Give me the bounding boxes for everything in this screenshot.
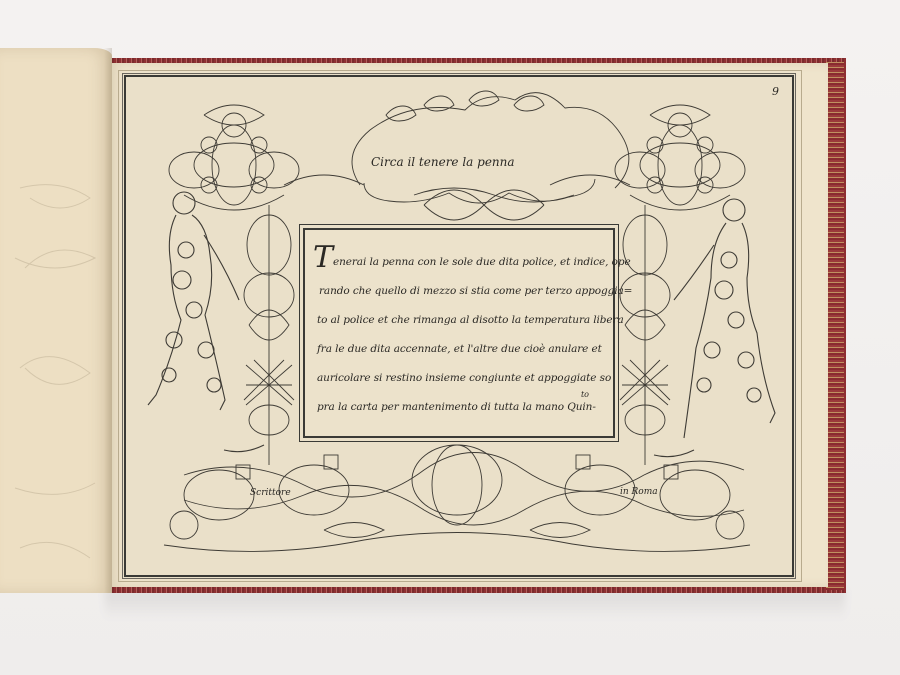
right-putto-figure — [654, 199, 775, 457]
text-line-3: to al police et che rimanga al disotto l… — [317, 314, 625, 326]
top-left-knot — [169, 105, 364, 210]
catchword: to — [581, 390, 589, 399]
signature-right: in Roma — [620, 487, 658, 497]
signature-left: Scrittore — [250, 488, 291, 498]
text-line-2: rando che quello di mezzo si stia come p… — [319, 285, 627, 297]
main-text-panel: T enerai la penna con le sole due dita p… — [303, 228, 615, 438]
title-cartouche-text: Circa il tenere la penna — [371, 155, 515, 169]
page-number: 9 — [772, 85, 779, 98]
right-column-flourish — [620, 205, 670, 465]
text-line-1: enerai la penna con le sole due dita pol… — [333, 256, 641, 268]
left-page — [0, 48, 112, 593]
text-line-5: auricolare si restino insieme congiunte … — [317, 372, 625, 384]
left-putto-figure — [148, 192, 264, 452]
book-shadow — [105, 590, 845, 620]
show-through-flourish — [10, 168, 100, 588]
book-cover-edge — [826, 62, 844, 590]
text-line-4: fra le due dita accennate, et l'altre du… — [317, 343, 625, 355]
bottom-flourish-band — [164, 445, 750, 551]
text-line-6: pra la carta per mantenimento di tutta l… — [317, 401, 625, 413]
left-column-flourish — [244, 205, 294, 465]
drop-initial: T — [313, 240, 333, 275]
top-cartouche-frame — [352, 93, 629, 188]
